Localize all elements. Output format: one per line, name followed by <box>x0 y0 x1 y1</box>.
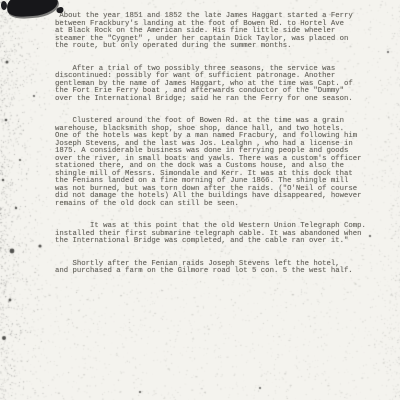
ink-blot <box>6 0 58 18</box>
paragraph-service-discontinued: After a trial of two possibly three seas… <box>55 66 379 104</box>
scanned-page: About the year 1851 and 1852 the late Ja… <box>0 0 400 400</box>
paragraph-clustered-foot-of-bowen: Clustered around the foot of Bowen Rd. a… <box>55 118 379 208</box>
paragraph-telegraph-cable: It was at this point that the old Wester… <box>55 223 379 246</box>
paragraph-ferry-started: About the year 1851 and 1852 the late Ja… <box>55 13 379 51</box>
paragraph-fenian-raids-farm: Shortly after the Fenian raids Joseph St… <box>55 261 379 276</box>
typewritten-text: About the year 1851 and 1852 the late Ja… <box>55 0 379 291</box>
